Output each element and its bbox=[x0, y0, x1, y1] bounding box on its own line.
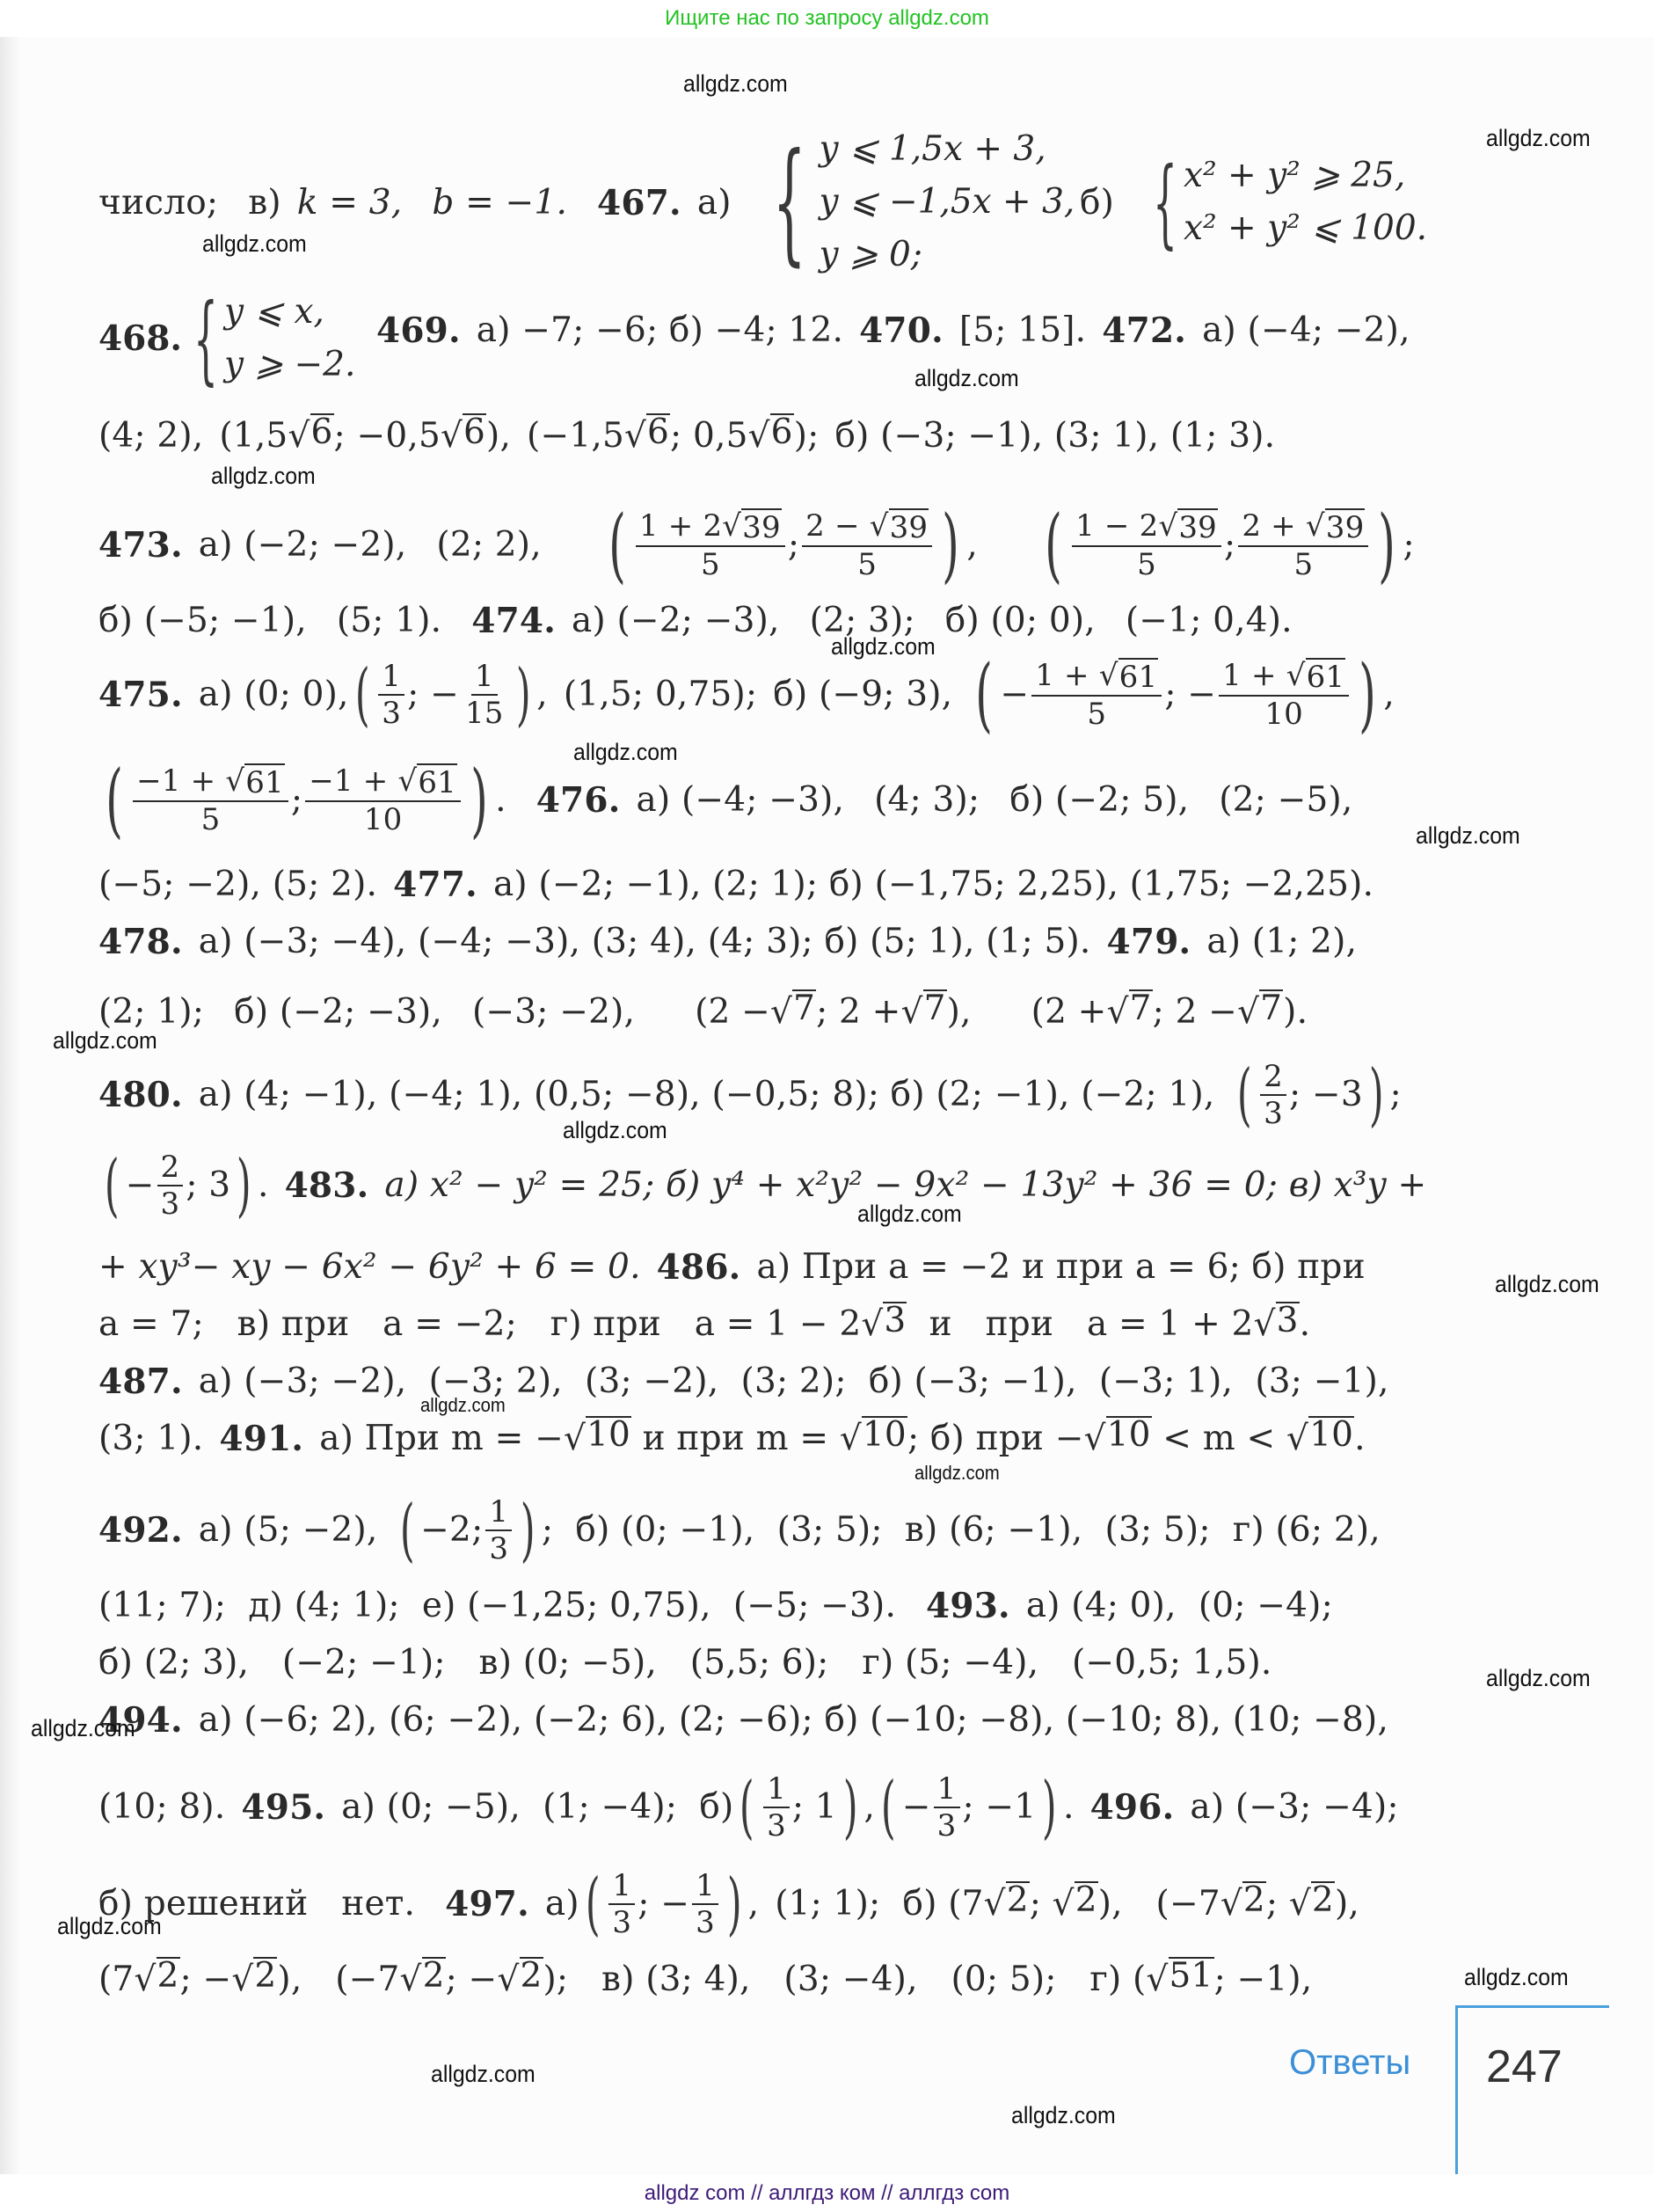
problem-number-491: 491. bbox=[219, 1416, 303, 1462]
answer-text: а) (−2; −3), bbox=[572, 598, 780, 644]
answer-text: (4; 3); bbox=[874, 777, 980, 823]
answer-text: (1; 1); б) (7 bbox=[775, 1881, 983, 1927]
fraction: 13 bbox=[608, 1868, 635, 1940]
answer-text: а) (4; −1), (−4; 1), (0,5; −8), (−0,5; 8… bbox=[199, 1072, 1215, 1118]
fraction: 13 bbox=[692, 1868, 718, 1940]
problem-number-483: 483. bbox=[285, 1163, 369, 1208]
answer-text: ; 2 − bbox=[1153, 989, 1237, 1035]
answer-text: б) (2; 3), (−2; −1); в) (0; −5), (5,5; 6… bbox=[98, 1640, 1272, 1686]
sqrt-symbol: √3 bbox=[861, 1302, 907, 1347]
answer-line-11: 480. а) (4; −1), (−4; 1), (0,5; −8), (−0… bbox=[98, 1047, 1461, 1143]
watermark: allgdz.com bbox=[1416, 822, 1520, 850]
problem-number-495: 495. bbox=[241, 1785, 325, 1830]
watermark: allgdz.com bbox=[573, 739, 678, 766]
sqrt-symbol: √2 bbox=[1289, 1881, 1335, 1927]
answer-text: . bbox=[1354, 1416, 1366, 1462]
problem-number-474: 474. bbox=[471, 598, 556, 644]
answer-text: ; bbox=[1030, 1881, 1053, 1927]
paren-close: ) bbox=[1369, 1061, 1384, 1129]
answer-text: б) (0; 0), bbox=[945, 598, 1096, 644]
brace-icon: { bbox=[193, 290, 218, 387]
system-row: x² + y² ⩾ 25, bbox=[1184, 150, 1427, 202]
problem-number-472: 472. bbox=[1102, 308, 1186, 354]
answer-line-18: (11; 7); д) (4; 1); е) (−1,25; 0,75), (−… bbox=[98, 1583, 1461, 1629]
answer-text: ). bbox=[1283, 989, 1308, 1035]
answer-text: ; −0,5 bbox=[334, 413, 441, 459]
watermark: allgdz.com bbox=[1486, 125, 1591, 152]
answer-text: (5; 1). bbox=[337, 598, 441, 644]
answer-line-23: (7√2; −√2), (−7√2; −√2); в) (3; 4), (3; … bbox=[98, 1957, 1461, 2003]
top-banner: Ищите нас по запросу allgdz.com bbox=[0, 0, 1654, 37]
answer-text: а) При a = −2 и при a = 6; б) при bbox=[756, 1245, 1365, 1290]
answer-line-10: (2; 1); б) (−2; −3), (−3; −2), (2 − √7; … bbox=[98, 989, 1461, 1035]
answer-text: ); в) (3; 4), (3; −4), (0; 5); г) ( bbox=[543, 1957, 1147, 2003]
answer-text: b = −1. bbox=[432, 180, 567, 226]
answer-text: k = 3, bbox=[297, 180, 403, 226]
problem-number-473: 473. bbox=[98, 522, 183, 568]
answer-text: ); bbox=[794, 413, 820, 459]
answer-text: а) (−3; −2), (−3; 2), (3; −2), (3; 2); б… bbox=[199, 1359, 1389, 1405]
problem-number-469: 469. bbox=[376, 308, 461, 354]
answer-text: (−1,5 bbox=[527, 413, 624, 459]
answer-text: ; −3 bbox=[1289, 1072, 1363, 1118]
watermark: allgdz.com bbox=[1011, 2102, 1116, 2129]
answer-text: а) (−2; −1), (2; 1); б) (−1,75; 2,25), (… bbox=[493, 862, 1373, 908]
system-row: y ⩽ x, bbox=[224, 286, 355, 339]
sqrt-symbol: √10 bbox=[840, 1416, 907, 1462]
sqrt-symbol: √6 bbox=[624, 413, 670, 459]
part-label: в) bbox=[248, 180, 281, 226]
answer-text: ; 2 + bbox=[816, 989, 900, 1035]
answer-text: (7 bbox=[98, 1957, 134, 2003]
fraction: 13 bbox=[763, 1771, 790, 1843]
sqrt-symbol: √2 bbox=[1220, 1881, 1266, 1927]
inequality-system-467b: { x² + y² ⩾ 25, x² + y² ⩽ 100. bbox=[1134, 150, 1427, 255]
sqrt-symbol: √2 bbox=[984, 1881, 1030, 1927]
inequality-system-468: 468. { y ⩽ x, y ⩾ −2. bbox=[98, 286, 355, 391]
answer-text: а) (5; −2), bbox=[199, 1508, 378, 1553]
watermark: allgdz.com bbox=[914, 365, 1019, 392]
answer-text: а) (−6; 2), (6; −2), (−2; 6), (2; −6); б… bbox=[199, 1697, 1388, 1743]
problem-number-479: 479. bbox=[1107, 919, 1191, 965]
fraction: 23 bbox=[1260, 1059, 1286, 1131]
answer-text: (10; 8). bbox=[98, 1785, 225, 1830]
answer-line-1b: б) bbox=[1080, 180, 1114, 226]
paren-open: ( bbox=[1045, 505, 1062, 586]
answer-text: ), (−7 bbox=[277, 1957, 399, 2003]
answer-text: ), bbox=[947, 989, 972, 1035]
problem-number-467: 467. bbox=[597, 180, 681, 226]
answer-text: ; −1), bbox=[1214, 1957, 1313, 2003]
fraction: 13 bbox=[378, 659, 404, 731]
paren-open: ( bbox=[881, 1773, 896, 1842]
fraction: −1 + √6110 bbox=[305, 763, 461, 837]
answer-text: ; 1 bbox=[792, 1785, 837, 1830]
page-edge-shadow bbox=[0, 37, 19, 2174]
answer-text: ; б) при − bbox=[907, 1416, 1084, 1462]
answer-line-21: (10; 8). 495. а) (0; −5), (1; −4); б) ( … bbox=[98, 1759, 1461, 1856]
answer-text: а) −7; −6; б) −4; 12. bbox=[477, 308, 843, 354]
fraction: 115 bbox=[462, 659, 507, 731]
answer-text: ), (−7 bbox=[1098, 1881, 1220, 1927]
answer-text: (2 + bbox=[1031, 989, 1107, 1035]
answer-text: а) (−4; −3), bbox=[637, 777, 845, 823]
paren-open: ( bbox=[586, 1870, 601, 1938]
answer-line-5: б) (−5; −1), (5; 1). 474. а) (−2; −3), (… bbox=[98, 598, 1461, 644]
answer-line-20: 494. а) (−6; 2), (6; −2), (−2; 6), (2; −… bbox=[98, 1697, 1461, 1743]
paren-close: ) bbox=[942, 505, 959, 586]
answer-line-2: 469. а) −7; −6; б) −4; 12. 470. [5; 15].… bbox=[376, 308, 1467, 354]
answer-text: а) (1; 2), bbox=[1206, 919, 1357, 965]
system-row: y ⩾ 0; bbox=[819, 229, 1075, 281]
answer-text: − bbox=[902, 1785, 931, 1830]
paren-open: ( bbox=[1236, 1061, 1251, 1129]
answer-text: (4; 2), bbox=[98, 413, 203, 459]
sqrt-symbol: √2 bbox=[134, 1957, 179, 2003]
problem-number-470: 470. bbox=[859, 308, 944, 354]
fraction: 13 bbox=[934, 1771, 960, 1843]
answer-text: ; bbox=[1266, 1881, 1289, 1927]
answer-line-7: ( −1 + √615; −1 + √6110 ). 476. а) (−4; … bbox=[98, 752, 1461, 849]
problem-number-477: 477. bbox=[393, 862, 477, 908]
part-label: б) bbox=[1080, 180, 1114, 226]
answer-text: б) (−2; 5), bbox=[1009, 777, 1189, 823]
answer-text: а) (−4; −2), bbox=[1202, 308, 1410, 354]
problem-number-475: 475. bbox=[98, 672, 183, 718]
system-row: y ⩽ −1,5x + 3, bbox=[819, 176, 1075, 229]
brace-icon: { bbox=[773, 136, 806, 268]
answer-line-22: б) решений нет. 497. а) ( 13; − 13 ), (1… bbox=[98, 1856, 1461, 1953]
answer-text: ; б) (0; −1), (3; 5); в) (6; −1), (3; 5)… bbox=[542, 1508, 1381, 1553]
answer-line-13: + xy³− xy − 6x² − 6y² + 6 = 0. 486. а) П… bbox=[98, 1245, 1461, 1290]
fraction: 23 bbox=[157, 1150, 184, 1222]
watermark: allgdz.com bbox=[431, 2061, 536, 2088]
sqrt-symbol: √10 bbox=[1084, 1416, 1152, 1462]
paren-open: ( bbox=[975, 654, 993, 735]
sqrt-symbol: √7 bbox=[901, 989, 947, 1035]
answer-text: (2 − bbox=[695, 989, 770, 1035]
part-label: а) bbox=[545, 1881, 579, 1927]
answer-line-4: 473. а) (−2; −2), (2; 2), ( 1 + 2√395; 2… bbox=[98, 497, 1461, 594]
watermark: allgdz.com bbox=[1486, 1665, 1591, 1692]
watermark: allgdz.com bbox=[202, 230, 307, 258]
fraction: 1 − 2√395 bbox=[1072, 508, 1221, 582]
sqrt-symbol: √10 bbox=[1286, 1416, 1354, 1462]
fraction: −1 + √615 bbox=[133, 763, 288, 837]
answer-text: б) (−3; −1), (3; 1), (1; 3). bbox=[834, 413, 1275, 459]
problem-number-493: 493. bbox=[926, 1583, 1010, 1629]
answer-text: б) (−2; −3), bbox=[234, 989, 442, 1035]
answer-line-6: 475. а) (0; 0), ( 13; − 115 ), (1,5; 0,7… bbox=[98, 646, 1461, 743]
sqrt-symbol: √7 bbox=[1237, 989, 1283, 1035]
watermark: allgdz.com bbox=[211, 463, 316, 490]
system-row: y ⩾ −2. bbox=[224, 339, 355, 391]
paren-open: ( bbox=[740, 1773, 754, 1842]
watermark: allgdz.com bbox=[420, 1394, 506, 1417]
paren-open: ( bbox=[399, 1496, 414, 1565]
answer-text: а) (0; 0), bbox=[199, 672, 349, 718]
sqrt-symbol: √7 bbox=[1107, 989, 1153, 1035]
paren-close: ) bbox=[237, 1151, 251, 1220]
watermark: allgdz.com bbox=[857, 1201, 962, 1228]
answer-text: . bbox=[1300, 1302, 1311, 1347]
answer-text: < m < bbox=[1152, 1416, 1286, 1462]
system-row: x² + y² ⩽ 100. bbox=[1184, 202, 1427, 255]
answer-text: (11; 7); д) (4; 1); е) (−1,25; 0,75), (−… bbox=[98, 1583, 896, 1629]
paren-close: ) bbox=[843, 1773, 858, 1842]
answer-line-8: (−5; −2), (5; 2). 477. а) (−2; −1), (2; … bbox=[98, 862, 1461, 908]
answer-line-16: (3; 1). 491. а) При m = −√10 и при m = √… bbox=[98, 1416, 1461, 1462]
problem-number-476: 476. bbox=[536, 777, 621, 823]
paren-open: ( bbox=[105, 1151, 120, 1220]
answer-text: ), bbox=[486, 413, 511, 459]
answer-line-19: б) (2; 3), (−2; −1); в) (0; −5), (5,5; 6… bbox=[98, 1640, 1461, 1686]
answer-text: [5; 15]. bbox=[959, 308, 1086, 354]
problem-number-486: 486. bbox=[657, 1245, 741, 1290]
problem-number-492: 492. bbox=[98, 1508, 183, 1553]
sqrt-symbol: √6 bbox=[748, 413, 794, 459]
problem-number-468: 468. bbox=[98, 318, 182, 359]
sqrt-symbol: √2 bbox=[497, 1957, 543, 2003]
answer-text: и при a = 1 + 2 bbox=[907, 1302, 1253, 1347]
paren-close: ) bbox=[1042, 1773, 1057, 1842]
answer-text: ; − bbox=[446, 1957, 498, 2003]
answer-line-3: (4; 2), (1,5√6; −0,5√6), (−1,5√6; 0,5√6)… bbox=[98, 413, 1461, 459]
answer-text: ; 0,5 bbox=[670, 413, 748, 459]
watermark: allgdz.com bbox=[57, 1913, 162, 1940]
fraction: 2 + √395 bbox=[1238, 508, 1368, 582]
paren-close: ) bbox=[470, 760, 488, 841]
system-row: y ⩽ 1,5x + 3, bbox=[819, 123, 1075, 176]
answer-line-9: 478. а) (−3; −4), (−4; −3), (3; 4), (4; … bbox=[98, 919, 1461, 965]
answer-text: а) (4; 0), (0; −4); bbox=[1026, 1583, 1333, 1629]
answer-text: (−5; −2), (5; 2). bbox=[98, 862, 377, 908]
watermark: allgdz.com bbox=[683, 70, 788, 98]
sqrt-symbol: √51 bbox=[1146, 1957, 1213, 2003]
paren-open: ( bbox=[608, 505, 626, 586]
watermark: allgdz.com bbox=[53, 1027, 157, 1055]
answer-line-15: 487. а) (−3; −2), (−3; 2), (3; −2), (3; … bbox=[98, 1359, 1461, 1405]
answer-text: а) (−2; −2), bbox=[199, 522, 407, 568]
answer-text: б) (−9; 3), bbox=[773, 672, 952, 718]
answer-line-17: 492. а) (5; −2), ( −2; 13 ) ; б) (0; −1)… bbox=[98, 1482, 1461, 1579]
section-label: Ответы bbox=[1289, 2043, 1410, 2083]
answer-line-12: (− 23 ; 3 ). 483. а) x² − y² = 25; б) y⁴… bbox=[98, 1137, 1461, 1234]
answer-text: ; − bbox=[180, 1957, 232, 2003]
sqrt-symbol: √2 bbox=[1053, 1881, 1098, 1927]
sqrt-symbol: √6 bbox=[288, 413, 333, 459]
watermark: allgdz.com bbox=[831, 633, 936, 661]
sqrt-symbol: √2 bbox=[400, 1957, 446, 2003]
problem-number-496: 496. bbox=[1090, 1785, 1175, 1830]
answer-text: а) (−3; −4), (−4; −3), (3; 4), (4; 3); б… bbox=[199, 919, 1091, 965]
paren-close: ) bbox=[1359, 654, 1376, 735]
answer-text: (2; −5), bbox=[1219, 777, 1352, 823]
answer-text: ), bbox=[1335, 1881, 1359, 1927]
problem-number-478: 478. bbox=[98, 919, 183, 965]
paren-open: ( bbox=[355, 661, 370, 729]
watermark: allgdz.com bbox=[31, 1715, 135, 1742]
answer-text: ; −1 bbox=[963, 1785, 1037, 1830]
answer-text: (1,5 bbox=[219, 413, 288, 459]
answer-text: а) При m = − bbox=[319, 1416, 564, 1462]
answer-text: б) (−5; −1), bbox=[98, 598, 307, 644]
paren-close: ) bbox=[521, 1496, 536, 1565]
paren-close: ) bbox=[1379, 505, 1396, 586]
answer-text: и при m = bbox=[631, 1416, 840, 1462]
answer-line-14: a = 7; в) при a = −2; г) при a = 1 − 2√3… bbox=[98, 1302, 1461, 1347]
watermark: allgdz.com bbox=[1464, 1964, 1569, 1991]
answer-text: ; 3 bbox=[186, 1163, 230, 1208]
footer-banner: allgdz com // аллгдз ком // аллгдз com bbox=[0, 2174, 1654, 2212]
page-number: 247 bbox=[1486, 2040, 1563, 2093]
answer-text: (2; 2), bbox=[436, 522, 541, 568]
part-label: а) bbox=[697, 180, 732, 226]
answer-text: (−3; −2), bbox=[472, 989, 635, 1035]
fraction: 2 − √395 bbox=[802, 508, 932, 582]
watermark: allgdz.com bbox=[1495, 1271, 1599, 1298]
problem-number-497: 497. bbox=[445, 1881, 529, 1927]
sqrt-symbol: √7 bbox=[770, 989, 816, 1035]
fraction: 13 bbox=[485, 1494, 512, 1566]
answer-text: −2; bbox=[420, 1508, 483, 1553]
brace-icon: { bbox=[1153, 154, 1177, 251]
sqrt-symbol: √2 bbox=[231, 1957, 277, 2003]
answer-text: a = 7; в) при a = −2; г) при a = 1 − 2 bbox=[98, 1302, 861, 1347]
answer-text: а) (0; −5), (1; −4); б) bbox=[341, 1785, 733, 1830]
sqrt-symbol: √3 bbox=[1254, 1302, 1300, 1347]
fraction: 1 + √615 bbox=[1031, 658, 1162, 732]
answer-text: + xy³− xy − 6x² − 6y² + 6 = 0. bbox=[98, 1245, 641, 1290]
watermark: allgdz.com bbox=[563, 1117, 667, 1144]
answer-text: (−1; 0,4). bbox=[1126, 598, 1293, 644]
problem-number-480: 480. bbox=[98, 1072, 183, 1118]
problem-number-487: 487. bbox=[98, 1359, 183, 1405]
sqrt-symbol: √6 bbox=[441, 413, 486, 459]
paren-open: ( bbox=[106, 760, 123, 841]
answer-text: (3; 1). bbox=[98, 1416, 203, 1462]
answer-text: (1,5; 0,75); bbox=[564, 672, 757, 718]
paren-close: ) bbox=[516, 661, 531, 729]
fraction: 1 + √6110 bbox=[1219, 658, 1349, 732]
inequality-system-467a: { y ⩽ 1,5x + 3, y ⩽ −1,5x + 3, y ⩾ 0; bbox=[747, 123, 1075, 281]
sqrt-symbol: √10 bbox=[564, 1416, 631, 1462]
answer-text: число; bbox=[98, 180, 218, 226]
paren-close: ) bbox=[727, 1870, 742, 1938]
fraction: 1 + 2√395 bbox=[636, 508, 785, 582]
watermark: allgdz.com bbox=[914, 1462, 1000, 1485]
answer-text: а) (−3; −4); bbox=[1190, 1785, 1398, 1830]
